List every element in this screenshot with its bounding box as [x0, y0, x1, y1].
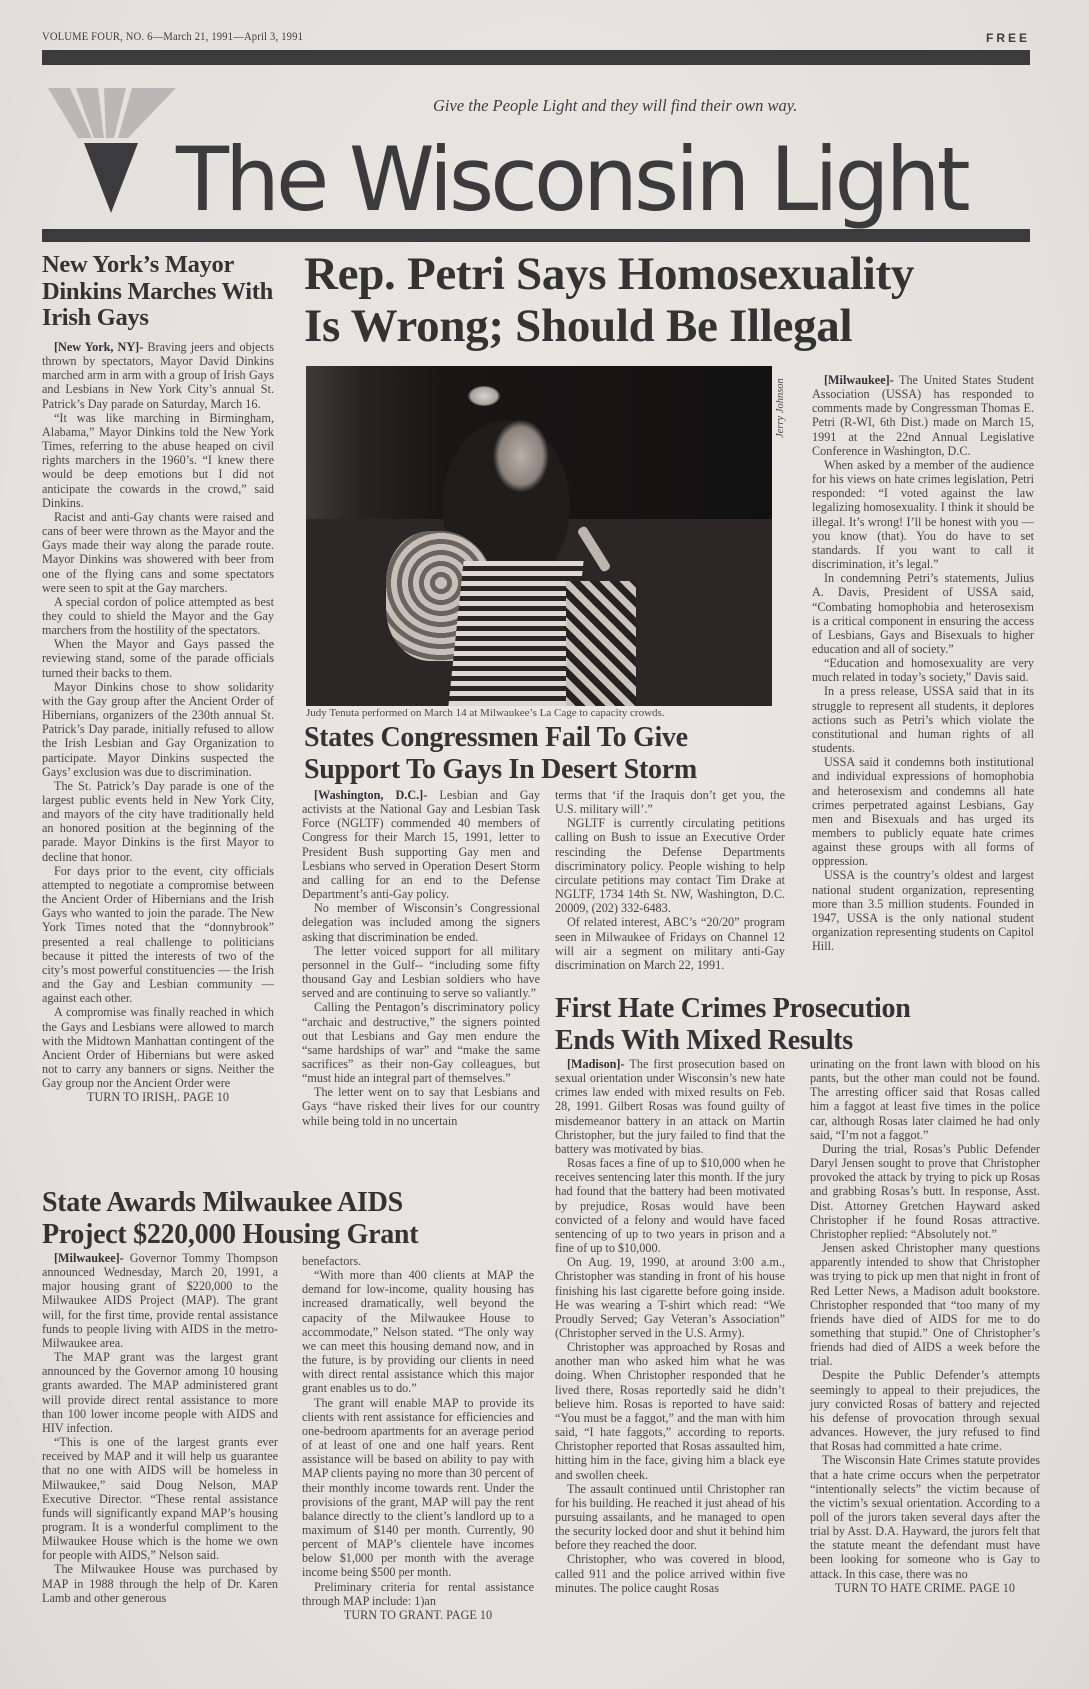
masthead-info-line: VOLUME FOUR, NO. 6—March 21, 1991—April … — [42, 31, 1030, 47]
masthead-bottom-rule — [42, 229, 1030, 242]
aids-grant-headline: State Awards Milwaukee AIDS Project $220… — [42, 1187, 552, 1251]
sunburst-rays-icon — [48, 88, 176, 138]
dinkins-headline: New York’s Mayor Dinkins Marches With Ir… — [42, 252, 282, 332]
congress-dateline: [Washington, D.C.]- — [314, 788, 427, 802]
volume-issue-date: VOLUME FOUR, NO. 6—March 21, 1991—April … — [42, 31, 303, 43]
hate-crime-jump-link[interactable]: TURN TO HATE CRIME. PAGE 10 — [810, 1581, 1040, 1595]
price-label: FREE — [986, 31, 1030, 45]
newspaper-page: VOLUME FOUR, NO. 6—March 21, 1991—April … — [0, 0, 1089, 1689]
tagline: Give the People Light and they will find… — [433, 96, 797, 116]
dinkins-jump-link[interactable]: TURN TO IRISH,. PAGE 10 — [42, 1090, 274, 1104]
photo-credit: Jerry Johnson — [775, 368, 789, 438]
photo-caption: Judy Tenuta performed on March 14 at Mil… — [306, 707, 665, 719]
aids-grant-col1: [Milwaukee]- Governor Tommy Thompson ann… — [42, 1251, 278, 1605]
hate-crime-col2: urinating on the front lawn with blood o… — [810, 1057, 1040, 1595]
hate-crime-dateline: [Madison]- — [567, 1057, 625, 1071]
dinkins-dateline: [New York, NY]- — [54, 340, 143, 354]
dinkins-article-body: [New York, NY]- Braving jeers and object… — [42, 340, 274, 1104]
aids-grant-jump-link[interactable]: TURN TO GRANT. PAGE 10 — [302, 1608, 534, 1622]
accordion-shape — [448, 561, 583, 706]
petri-headline: Rep. Petri Says Homosexuality Is Wrong; … — [304, 248, 1044, 352]
congress-article-col2: terms that ‘if the Iraquis don’t get you… — [555, 788, 785, 972]
hate-crime-headline: First Hate Crimes Prosecution Ends With … — [555, 993, 1035, 1057]
petri-article-body: [Milwaukee]- The United States Student A… — [812, 373, 1034, 953]
aids-grant-col2: benefactors. “With more than 400 clients… — [302, 1254, 534, 1622]
newspaper-title: The Wisconsin Light — [176, 136, 967, 224]
logo-triangle-icon — [84, 143, 138, 213]
petri-dateline: [Milwaukee]- — [824, 373, 894, 387]
hate-crime-col1: [Madison]- The first prosecution based o… — [555, 1057, 785, 1595]
judy-tenuta-photo — [306, 366, 772, 706]
masthead-top-rule — [42, 50, 1030, 65]
congress-article-col1: [Washington, D.C.]- Lesbian and Gay acti… — [302, 788, 540, 1128]
aids-grant-dateline: [Milwaukee]- — [54, 1251, 124, 1265]
congress-headline: States Congressmen Fail To Give Support … — [304, 722, 804, 786]
